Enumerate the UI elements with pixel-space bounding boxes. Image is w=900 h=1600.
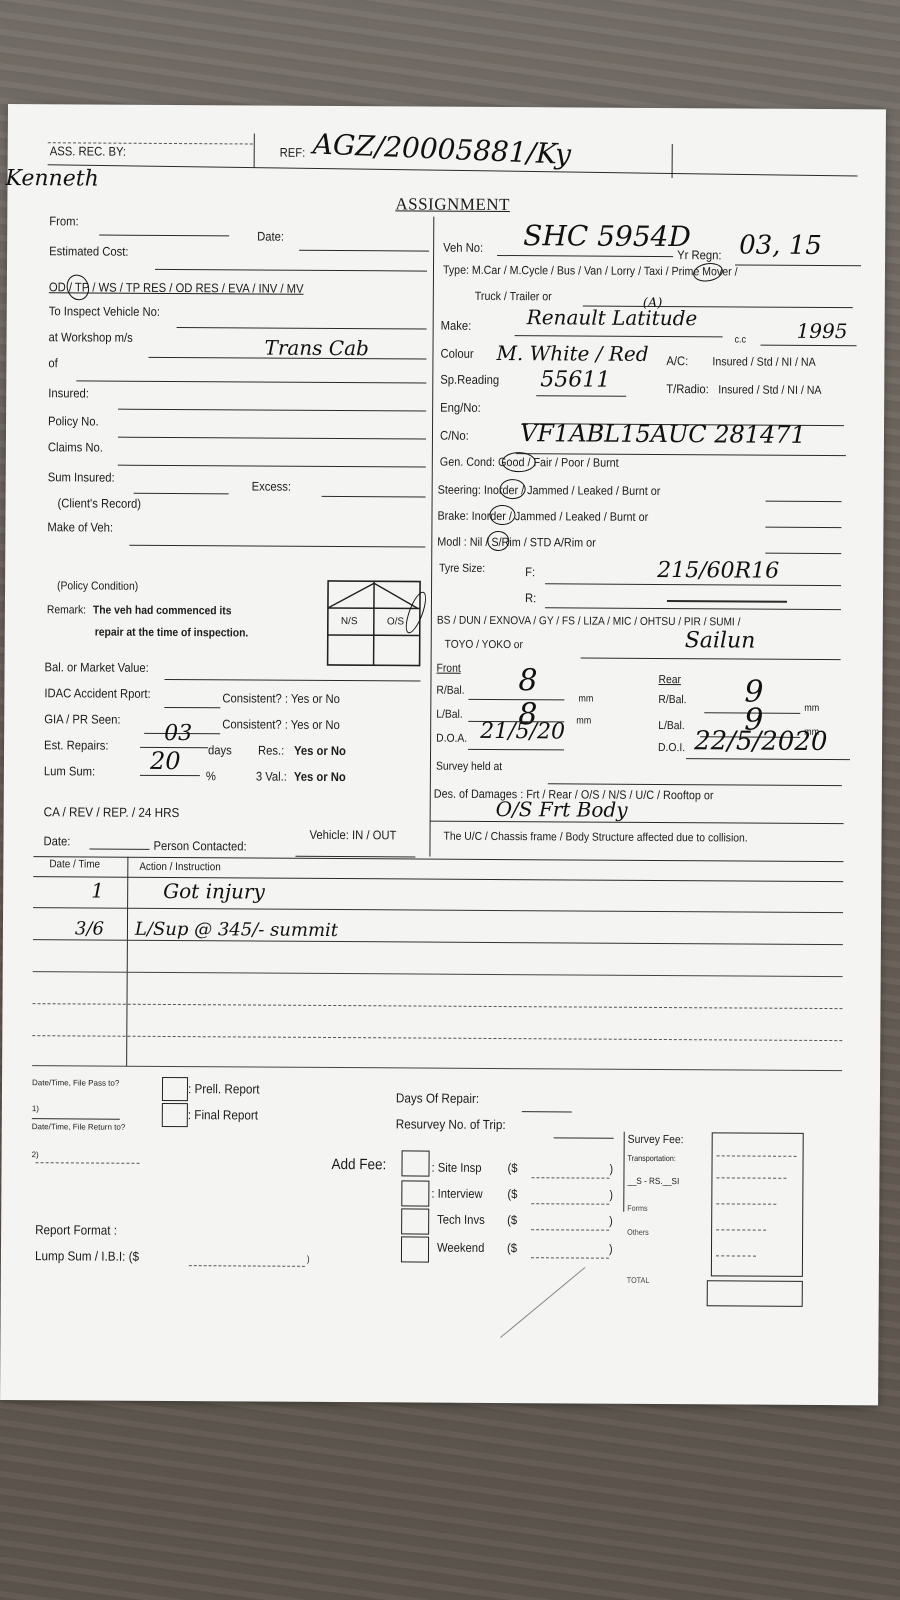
- contact-date-label: Date:: [43, 834, 70, 848]
- insured-label: Insured:: [48, 386, 89, 400]
- diagram-os-label: O/S: [387, 616, 404, 627]
- person-contacted-label: Person Contacted:: [153, 839, 246, 854]
- make-field[interactable]: [515, 335, 723, 337]
- claims-no-field[interactable]: [118, 465, 426, 468]
- survey-held-label: Survey held at: [436, 761, 502, 773]
- doi-field[interactable]: [686, 758, 850, 760]
- s-rs-si-label: __S - RS.__SI: [627, 1176, 679, 1186]
- damages-value[interactable]: O/S Frt Body: [496, 797, 628, 822]
- log-row[interactable]: 3/6 L/Sup @ 345/- summit: [33, 908, 843, 945]
- weekend-amount-field[interactable]: [531, 1257, 609, 1258]
- modl-options[interactable]: Modl : Nil / S/Rim / STD A/Rim or: [437, 535, 596, 550]
- interview-close: ): [609, 1188, 613, 1202]
- fee-line: [717, 1155, 797, 1156]
- modl-other-field[interactable]: [765, 553, 841, 554]
- eng-no-label: Eng/No:: [440, 401, 481, 415]
- resurvey-field[interactable]: [554, 1137, 614, 1138]
- ac-options[interactable]: Insured / Std / NI / NA: [712, 354, 815, 369]
- lum-sum-value[interactable]: 20: [150, 747, 181, 775]
- front-rbal-field[interactable]: [468, 699, 564, 701]
- idac-label: IDAC Accident Rport:: [44, 686, 150, 701]
- brake-selected-circle: [489, 505, 515, 525]
- estimated-cost-label: Estimated Cost:: [49, 244, 128, 258]
- diagram-ns-label: N/S: [341, 616, 358, 627]
- survey-held-field[interactable]: [548, 783, 842, 786]
- market-value-field[interactable]: [164, 679, 420, 682]
- idac-field[interactable]: [164, 707, 220, 708]
- fee-line: [716, 1177, 786, 1178]
- interview-checkbox[interactable]: [401, 1180, 429, 1206]
- cc-field[interactable]: [761, 345, 857, 347]
- tech-invs-amount-field[interactable]: [531, 1229, 609, 1230]
- front-rbal-mm: mm: [578, 693, 593, 704]
- inspect-vehicle-label: To Inspect Vehicle No:: [49, 304, 160, 319]
- weekend-checkbox[interactable]: [401, 1236, 429, 1262]
- from-field[interactable]: [99, 235, 229, 237]
- tech-invs-close: ): [609, 1214, 613, 1228]
- chassis-note[interactable]: The U/C / Chassis frame / Body Structure…: [443, 831, 747, 845]
- log-row[interactable]: [32, 1004, 842, 1041]
- log-row[interactable]: 1 Got injury: [33, 876, 843, 913]
- tech-invs-label: Tech Invs: [437, 1213, 485, 1227]
- site-insp-currency: ($: [507, 1161, 517, 1175]
- veh-no-label: Veh No:: [443, 241, 483, 255]
- fee-line: [716, 1229, 766, 1230]
- resurvey-label: Resurvey No. of Trip:: [396, 1116, 506, 1132]
- sum-insured-field[interactable]: [134, 493, 229, 495]
- of-label: of: [48, 356, 57, 370]
- site-insp-amount-field[interactable]: [531, 1177, 609, 1178]
- policy-no-field[interactable]: [118, 437, 426, 440]
- sp-reading-value[interactable]: 55611: [540, 367, 610, 392]
- sp-reading-label: Sp.Reading: [440, 373, 499, 387]
- assignment-form-sheet: ASS. REC. BY: Kenneth REF: AGZ/20005881/…: [0, 104, 886, 1405]
- tyre-rear-same-mark: [667, 600, 787, 603]
- tech-invs-currency: ($: [507, 1213, 517, 1227]
- rear-rbal-mm: mm: [804, 703, 819, 714]
- doi-label: D.O.I.: [658, 742, 685, 754]
- forms-label: Forms: [627, 1204, 647, 1213]
- policy-condition-label: (Policy Condition): [57, 580, 138, 592]
- cno-label: C/No:: [440, 429, 469, 443]
- 3val-label: 3 Val.:: [256, 770, 287, 784]
- column-divider: [429, 217, 434, 857]
- make-label: Make:: [441, 319, 472, 333]
- lum-sum-field[interactable]: [140, 775, 200, 776]
- front-lbal-mm: mm: [576, 715, 591, 726]
- fee-line: [716, 1255, 756, 1256]
- doa-value[interactable]: 21/5/20: [480, 719, 565, 745]
- policy-no-label: Policy No.: [48, 414, 99, 428]
- tyre-brand-value[interactable]: Sailun: [685, 628, 756, 653]
- weekend-close: ): [609, 1242, 613, 1256]
- date-label: Date:: [257, 230, 284, 244]
- tyre-rear-label: R:: [525, 591, 536, 605]
- transportation-label: Transportation:: [628, 1154, 676, 1163]
- tradio-label: T/Radio:: [666, 382, 709, 396]
- rear-rbal-label: R/Bal.: [658, 694, 686, 706]
- ref-value[interactable]: AGZ/20005881/Ky: [312, 127, 572, 171]
- steering-selected-circle: [500, 479, 526, 499]
- prelim-report-label: : Prell. Report: [188, 1081, 260, 1096]
- tradio-options[interactable]: Insured / Std / NI / NA: [718, 382, 821, 397]
- est-repairs-value[interactable]: 03: [164, 721, 192, 746]
- ref-label: REF:: [280, 146, 306, 160]
- tyre-front-field[interactable]: [545, 583, 841, 586]
- estimated-cost-field[interactable]: [155, 269, 427, 272]
- form-title: ASSIGNMENT: [395, 194, 510, 215]
- contact-date-field[interactable]: [89, 849, 149, 850]
- idac-consistent[interactable]: Consistent? : Yes or No: [222, 691, 340, 706]
- lump-sum-close: ): [307, 1254, 310, 1264]
- excess-label: Excess:: [252, 479, 291, 493]
- action-log-table: 1 Got injury 3/6 L/Sup @ 345/- summit: [32, 876, 843, 1071]
- yr-regn-label: Yr Regn:: [677, 248, 721, 262]
- cno-value[interactable]: VF1ABL15AUC 281471: [520, 419, 806, 449]
- weekend-label: Weekend: [437, 1241, 484, 1255]
- days-of-repair-label: Days Of Repair:: [396, 1090, 479, 1106]
- file-pass-field[interactable]: [32, 1118, 120, 1120]
- final-report-checkbox[interactable]: [162, 1103, 188, 1127]
- days-of-repair-field[interactable]: [522, 1111, 572, 1112]
- tech-invs-checkbox[interactable]: [401, 1208, 429, 1234]
- tyre-size-label: Tyre Size:: [439, 563, 485, 575]
- log-row[interactable]: [33, 972, 843, 1009]
- tyre-brand-options[interactable]: BS / DUN / EXNOVA / GY / FS / LIZA / MIC…: [437, 615, 741, 629]
- site-insp-close: ): [609, 1162, 613, 1176]
- clients-record-label: (Client's Record): [58, 496, 142, 511]
- header-divider-1: [254, 134, 255, 168]
- claim-type-selected-circle: [63, 271, 92, 303]
- file-return-field[interactable]: [36, 1162, 140, 1164]
- doi-value[interactable]: 22/5/2020: [694, 726, 828, 757]
- interview-currency: ($: [507, 1187, 517, 1201]
- steering-options[interactable]: Steering: Inorder / Jammed / Leaked / Bu…: [438, 483, 661, 498]
- total-label: TOTAL: [627, 1276, 650, 1285]
- brake-options[interactable]: Brake: Inorder / Jammed / Leaked / Burnt…: [437, 509, 648, 524]
- sum-insured-label: Sum Insured:: [48, 470, 115, 484]
- percent-label: %: [206, 769, 216, 783]
- insured-field[interactable]: [118, 409, 426, 412]
- add-fee-label: Add Fee:: [331, 1156, 386, 1173]
- site-insp-label: : Site Insp: [431, 1161, 481, 1175]
- yr-regn-value[interactable]: 03, 15: [739, 230, 822, 261]
- colour-value[interactable]: M. White / Red: [496, 341, 648, 366]
- site-insp-checkbox[interactable]: [401, 1150, 429, 1176]
- interview-label: : Interview: [431, 1187, 482, 1201]
- damages-field[interactable]: [430, 821, 844, 825]
- gia-consistent[interactable]: Consistent? : Yes or No: [222, 717, 340, 732]
- from-label: From:: [49, 214, 78, 228]
- fee-line: [716, 1203, 776, 1204]
- tyre-brand-options-2[interactable]: TOYO / YOKO or: [445, 639, 523, 651]
- ac-label: A/C:: [666, 354, 688, 368]
- log-col-action: Action / Instruction: [139, 861, 221, 873]
- pen-stroke-mark: [500, 1267, 585, 1338]
- front-rbal-label: R/Bal.: [436, 685, 464, 697]
- workshop-label: at Workshop m/s: [49, 330, 133, 345]
- truck-trailer-option[interactable]: Truck / Trailer or: [475, 289, 552, 303]
- gia-label: GIA / PR Seen:: [44, 712, 120, 726]
- file-pass-item: 1): [32, 1104, 39, 1113]
- header-divider-2: [672, 144, 673, 178]
- tyre-rear-field[interactable]: [545, 607, 841, 610]
- final-report-label: : Final Report: [188, 1107, 258, 1122]
- sp-reading-field[interactable]: [536, 395, 626, 397]
- rear-label: Rear: [658, 674, 681, 686]
- res-yes-no[interactable]: Yes or No: [294, 744, 346, 758]
- ca-rev-rep-options[interactable]: CA / REV / REP. / 24 HRS: [44, 804, 180, 820]
- total-amount-box[interactable]: [707, 1280, 803, 1307]
- remark-label: Remark:: [47, 604, 86, 616]
- log-row[interactable]: [33, 940, 843, 977]
- excess-field[interactable]: [322, 496, 426, 498]
- file-return-label: Date/Time, File Return to?: [32, 1122, 126, 1132]
- veh-no-field[interactable]: [497, 255, 673, 257]
- lump-sum-label: Lump Sum / I.B.I: ($: [35, 1248, 139, 1264]
- front-rbal-value[interactable]: 8: [518, 663, 537, 698]
- days-label: days: [208, 743, 232, 757]
- survey-fee-amounts-box[interactable]: [711, 1132, 804, 1277]
- market-value-label: Bal. or Market Value:: [45, 660, 149, 675]
- interview-amount-field[interactable]: [531, 1203, 609, 1204]
- date-field[interactable]: [299, 250, 429, 252]
- others-label: Others: [627, 1228, 649, 1237]
- ass-rec-by-value[interactable]: Kenneth: [5, 166, 98, 192]
- survey-fee-label: Survey Fee:: [628, 1134, 684, 1146]
- doa-label: D.O.A.: [436, 733, 467, 745]
- report-format-label: Report Format :: [35, 1222, 117, 1238]
- log-col-date: Date / Time: [49, 858, 100, 870]
- front-lbal-label: L/Bal.: [436, 709, 463, 721]
- tyre-front-value[interactable]: 215/60R16: [657, 558, 779, 584]
- yr-regn-field[interactable]: [735, 264, 861, 266]
- 3val-yes-no[interactable]: Yes or No: [294, 770, 346, 784]
- rear-lbal-label: L/Bal.: [658, 720, 685, 732]
- log-row-date: 1: [91, 879, 104, 903]
- brake-other-field[interactable]: [765, 527, 841, 528]
- make-of-veh-label: Make of Veh:: [47, 520, 113, 534]
- doa-field[interactable]: [468, 749, 564, 751]
- prelim-report-checkbox[interactable]: [162, 1077, 188, 1101]
- log-row-action: L/Sup @ 345/- summit: [135, 919, 338, 941]
- log-row-action: Got injury: [163, 879, 265, 904]
- vehicle-in-out[interactable]: Vehicle: IN / OUT: [309, 828, 396, 843]
- file-return-item: 2): [32, 1150, 39, 1159]
- remark-line-2: repair at the time of inspection.: [95, 627, 249, 640]
- lump-sum-field[interactable]: [189, 1265, 305, 1267]
- gen-cond-selected-circle: [502, 452, 536, 472]
- remark-line-1: The veh had commenced its: [93, 605, 232, 618]
- cc-value[interactable]: 1995: [797, 319, 848, 343]
- log-row-date: 3/6: [75, 918, 104, 939]
- lum-sum-label: Lum Sum:: [44, 764, 95, 778]
- est-repairs-label: Est. Repairs:: [44, 738, 108, 752]
- make-value[interactable]: Renault Latitude: [527, 305, 698, 330]
- cc-label: c.c: [735, 334, 747, 345]
- veh-no-value[interactable]: SHC 5954D: [523, 219, 691, 253]
- weekend-currency: ($: [507, 1241, 517, 1255]
- inspect-vehicle-field[interactable]: [177, 327, 427, 330]
- tyre-front-label: F:: [525, 565, 535, 579]
- claims-no-label: Claims No.: [48, 440, 103, 454]
- of-field[interactable]: [76, 380, 426, 383]
- file-pass-label: Date/Time, File Pass to?: [32, 1078, 119, 1088]
- ass-rec-by-label: ASS. REC. BY:: [50, 144, 126, 158]
- res-label: Res.:: [258, 744, 284, 758]
- survey-fee-divider: [623, 1132, 624, 1212]
- workshop-value[interactable]: Trans Cab: [264, 336, 369, 361]
- steering-other-field[interactable]: [766, 501, 842, 502]
- log-row[interactable]: [32, 1036, 842, 1071]
- front-label: Front: [437, 663, 461, 675]
- tyre-brand-field[interactable]: [581, 658, 841, 661]
- colour-label: Colour: [440, 347, 473, 361]
- make-of-veh-field[interactable]: [129, 545, 425, 548]
- modl-selected-circle: [487, 531, 509, 551]
